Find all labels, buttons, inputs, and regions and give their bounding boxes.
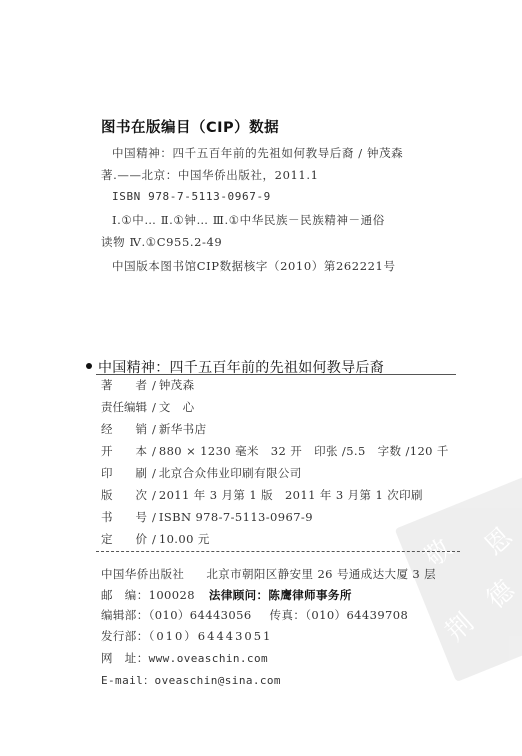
email-label: E-mail：	[101, 674, 155, 687]
detail-label: 经 销	[101, 420, 149, 438]
editorial-fax-line: 编辑部：（010）64443056传真：（010）64439708	[101, 607, 408, 623]
detail-value: 10.00 元	[159, 532, 210, 546]
watermark-glyph: 德	[477, 571, 521, 616]
cip-line: Ⅰ.①中… Ⅱ.①钟… Ⅲ.①中华民族－民族精神－通俗	[112, 212, 385, 228]
detail-label: 书 号	[101, 508, 149, 526]
detail-row-printer: 印 刷/北京合众伟业印刷有限公司	[101, 464, 302, 482]
detail-row-distributor: 经 销/新华书店	[101, 420, 206, 438]
detail-label: 印 刷	[101, 464, 149, 482]
email-line: E-mail：oveaschin@sina.com	[101, 672, 281, 688]
postcode-value: 100028	[149, 588, 195, 602]
postcode-label: 邮 编：	[101, 588, 149, 602]
detail-label: 责任编辑	[101, 398, 149, 416]
watermark-glyph: 恩	[475, 518, 519, 563]
detail-row-edition: 版 次/2011 年 3 月第 1 版 2011 年 3 月第 1 次印刷	[101, 486, 423, 504]
detail-row-editor: 责任编辑/文 心	[101, 398, 195, 416]
bullet-icon	[86, 363, 92, 369]
website-label: 网 址：	[101, 651, 149, 665]
detail-label: 著 者	[101, 376, 149, 394]
detail-value: 文 心	[159, 400, 195, 414]
detail-row-price: 定 价/10.00 元	[101, 530, 210, 548]
website-link[interactable]: www.oveaschin.com	[149, 652, 268, 665]
cip-line: 中国精神：四千五百年前的先祖如何教导后裔 / 钟茂森	[112, 145, 403, 161]
detail-row-format: 开 本/880 × 1230 毫米 32 开 印张 /5.5 字数 /120 千	[101, 442, 449, 460]
detail-value: 2011 年 3 月第 1 版 2011 年 3 月第 1 次印刷	[159, 488, 423, 502]
editorial-phone: （010）64443056	[149, 608, 252, 622]
postcode-legal-line: 邮 编：100028法律顾问：陈鹰律师事务所	[101, 587, 352, 603]
cip-heading: 图书在版编目（CIP）数据	[101, 116, 279, 137]
distribution-line: 发行部：（010）64443051	[101, 628, 272, 644]
detail-value: 北京合众伟业印刷有限公司	[159, 466, 302, 480]
editorial-label: 编辑部：	[101, 608, 149, 622]
detail-value: 钟茂森	[159, 378, 195, 392]
detail-row-isbn: 书 号/ISBN 978-7-5113-0967-9	[101, 508, 313, 526]
detail-label: 版 次	[101, 486, 149, 504]
detail-value: 新华书店	[159, 422, 207, 436]
divider	[96, 551, 460, 552]
cip-line: 中国版本图书馆CIP数据核字（2010）第262221号	[112, 258, 396, 274]
legal-label: 法律顾问：	[209, 588, 269, 602]
publisher-address: 北京市朝阳区静安里 26 号通成达大厦 3 层	[206, 567, 436, 581]
cip-line: 著.——北京：中国华侨出版社，2011.1	[101, 167, 319, 183]
detail-value: 880 × 1230 毫米 32 开 印张 /5.5 字数 /120 千	[159, 444, 449, 458]
watermark-glyph: 荆	[436, 603, 480, 648]
copyright-page: 敬 恩 德 荆 PDG 图书在版编目（CIP）数据 中国精神：四千五百年前的先祖…	[0, 0, 522, 756]
distribution-label: 发行部：	[101, 629, 149, 643]
detail-value: ISBN 978-7-5113-0967-9	[159, 510, 313, 524]
detail-label: 定 价	[101, 530, 149, 548]
publisher-name: 中国华侨出版社	[101, 567, 184, 581]
cip-line: 读物 Ⅳ.①C955.2-49	[101, 234, 222, 250]
email-link[interactable]: oveaschin@sina.com	[155, 674, 281, 687]
detail-label: 开 本	[101, 442, 149, 460]
fax-value: （010）64439708	[305, 608, 408, 622]
distribution-phone: （010）64443051	[149, 629, 273, 643]
publisher-address-line: 中国华侨出版社北京市朝阳区静安里 26 号通成达大厦 3 层	[101, 566, 436, 582]
website-line: 网 址：www.oveaschin.com	[101, 650, 268, 666]
fax-label: 传真：	[270, 608, 306, 622]
detail-row-author: 著 者/钟茂森	[101, 376, 195, 394]
divider	[96, 374, 456, 375]
legal-value: 陈鹰律师事务所	[268, 588, 351, 602]
cip-isbn: ISBN 978-7-5113-0967-9	[112, 190, 271, 203]
